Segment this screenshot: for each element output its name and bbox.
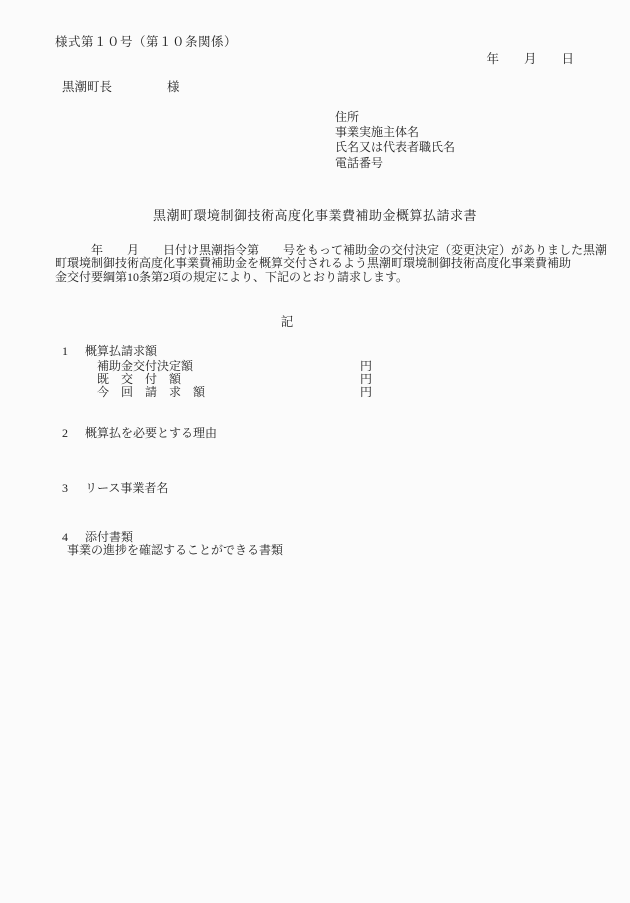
body-paragraph: 年 月 日付け黒潮指令第 号をもって補助金の交付決定（変更決定）がありました黒潮… bbox=[55, 244, 583, 284]
section-2-heading: 2概算払を必要とする理由 bbox=[55, 424, 217, 441]
amount-unit-requested: 円 bbox=[360, 383, 372, 400]
section-1-title: 概算払請求額 bbox=[85, 344, 157, 358]
sender-entity-label: 事業実施主体名 bbox=[335, 125, 455, 140]
section-1-number: 1 bbox=[62, 344, 85, 359]
document-page: 様式第１０号（第１０条関係） 年 月 日 黒潮町長様 住所 事業実施主体名 氏名… bbox=[0, 0, 630, 903]
sender-block: 住所 事業実施主体名 氏名又は代表者職氏名 電話番号 bbox=[335, 110, 455, 171]
section-3-title: リース事業者名 bbox=[85, 481, 168, 495]
document-title: 黒潮町環境制御技術高度化事業費補助金概算払請求書 bbox=[0, 205, 630, 224]
addressee-title: 黒潮町長 bbox=[62, 80, 112, 94]
section-2-number: 2 bbox=[62, 426, 85, 441]
section-2-title: 概算払を必要とする理由 bbox=[85, 426, 217, 440]
sender-phone-label: 電話番号 bbox=[335, 156, 455, 171]
section-3-number: 3 bbox=[62, 481, 85, 496]
sender-name-label: 氏名又は代表者職氏名 bbox=[335, 140, 455, 155]
date-line: 年 月 日 bbox=[0, 49, 574, 67]
amount-label-requested: 今 回 請 求 額 bbox=[97, 385, 205, 399]
form-number: 様式第１０号（第１０条関係） bbox=[55, 32, 237, 50]
amount-row-requested: 今 回 請 求 額 円 bbox=[97, 383, 417, 400]
record-marker: 記 bbox=[0, 312, 574, 330]
section-3-heading: 3リース事業者名 bbox=[55, 479, 168, 496]
section-4-note: 事業の進捗を確認することができる書類 bbox=[67, 541, 283, 558]
addressee-line: 黒潮町長様 bbox=[62, 77, 180, 95]
addressee-honorific: 様 bbox=[167, 80, 180, 94]
body-line-3: 金交付要綱第10条第2項の規定により、下記のとおり請求します。 bbox=[55, 271, 583, 284]
body-line-2: 町環境制御技術高度化事業費補助金を概算交付されるよう黒潮町環境制御技術高度化事業… bbox=[55, 257, 583, 270]
sender-address-label: 住所 bbox=[335, 110, 455, 125]
